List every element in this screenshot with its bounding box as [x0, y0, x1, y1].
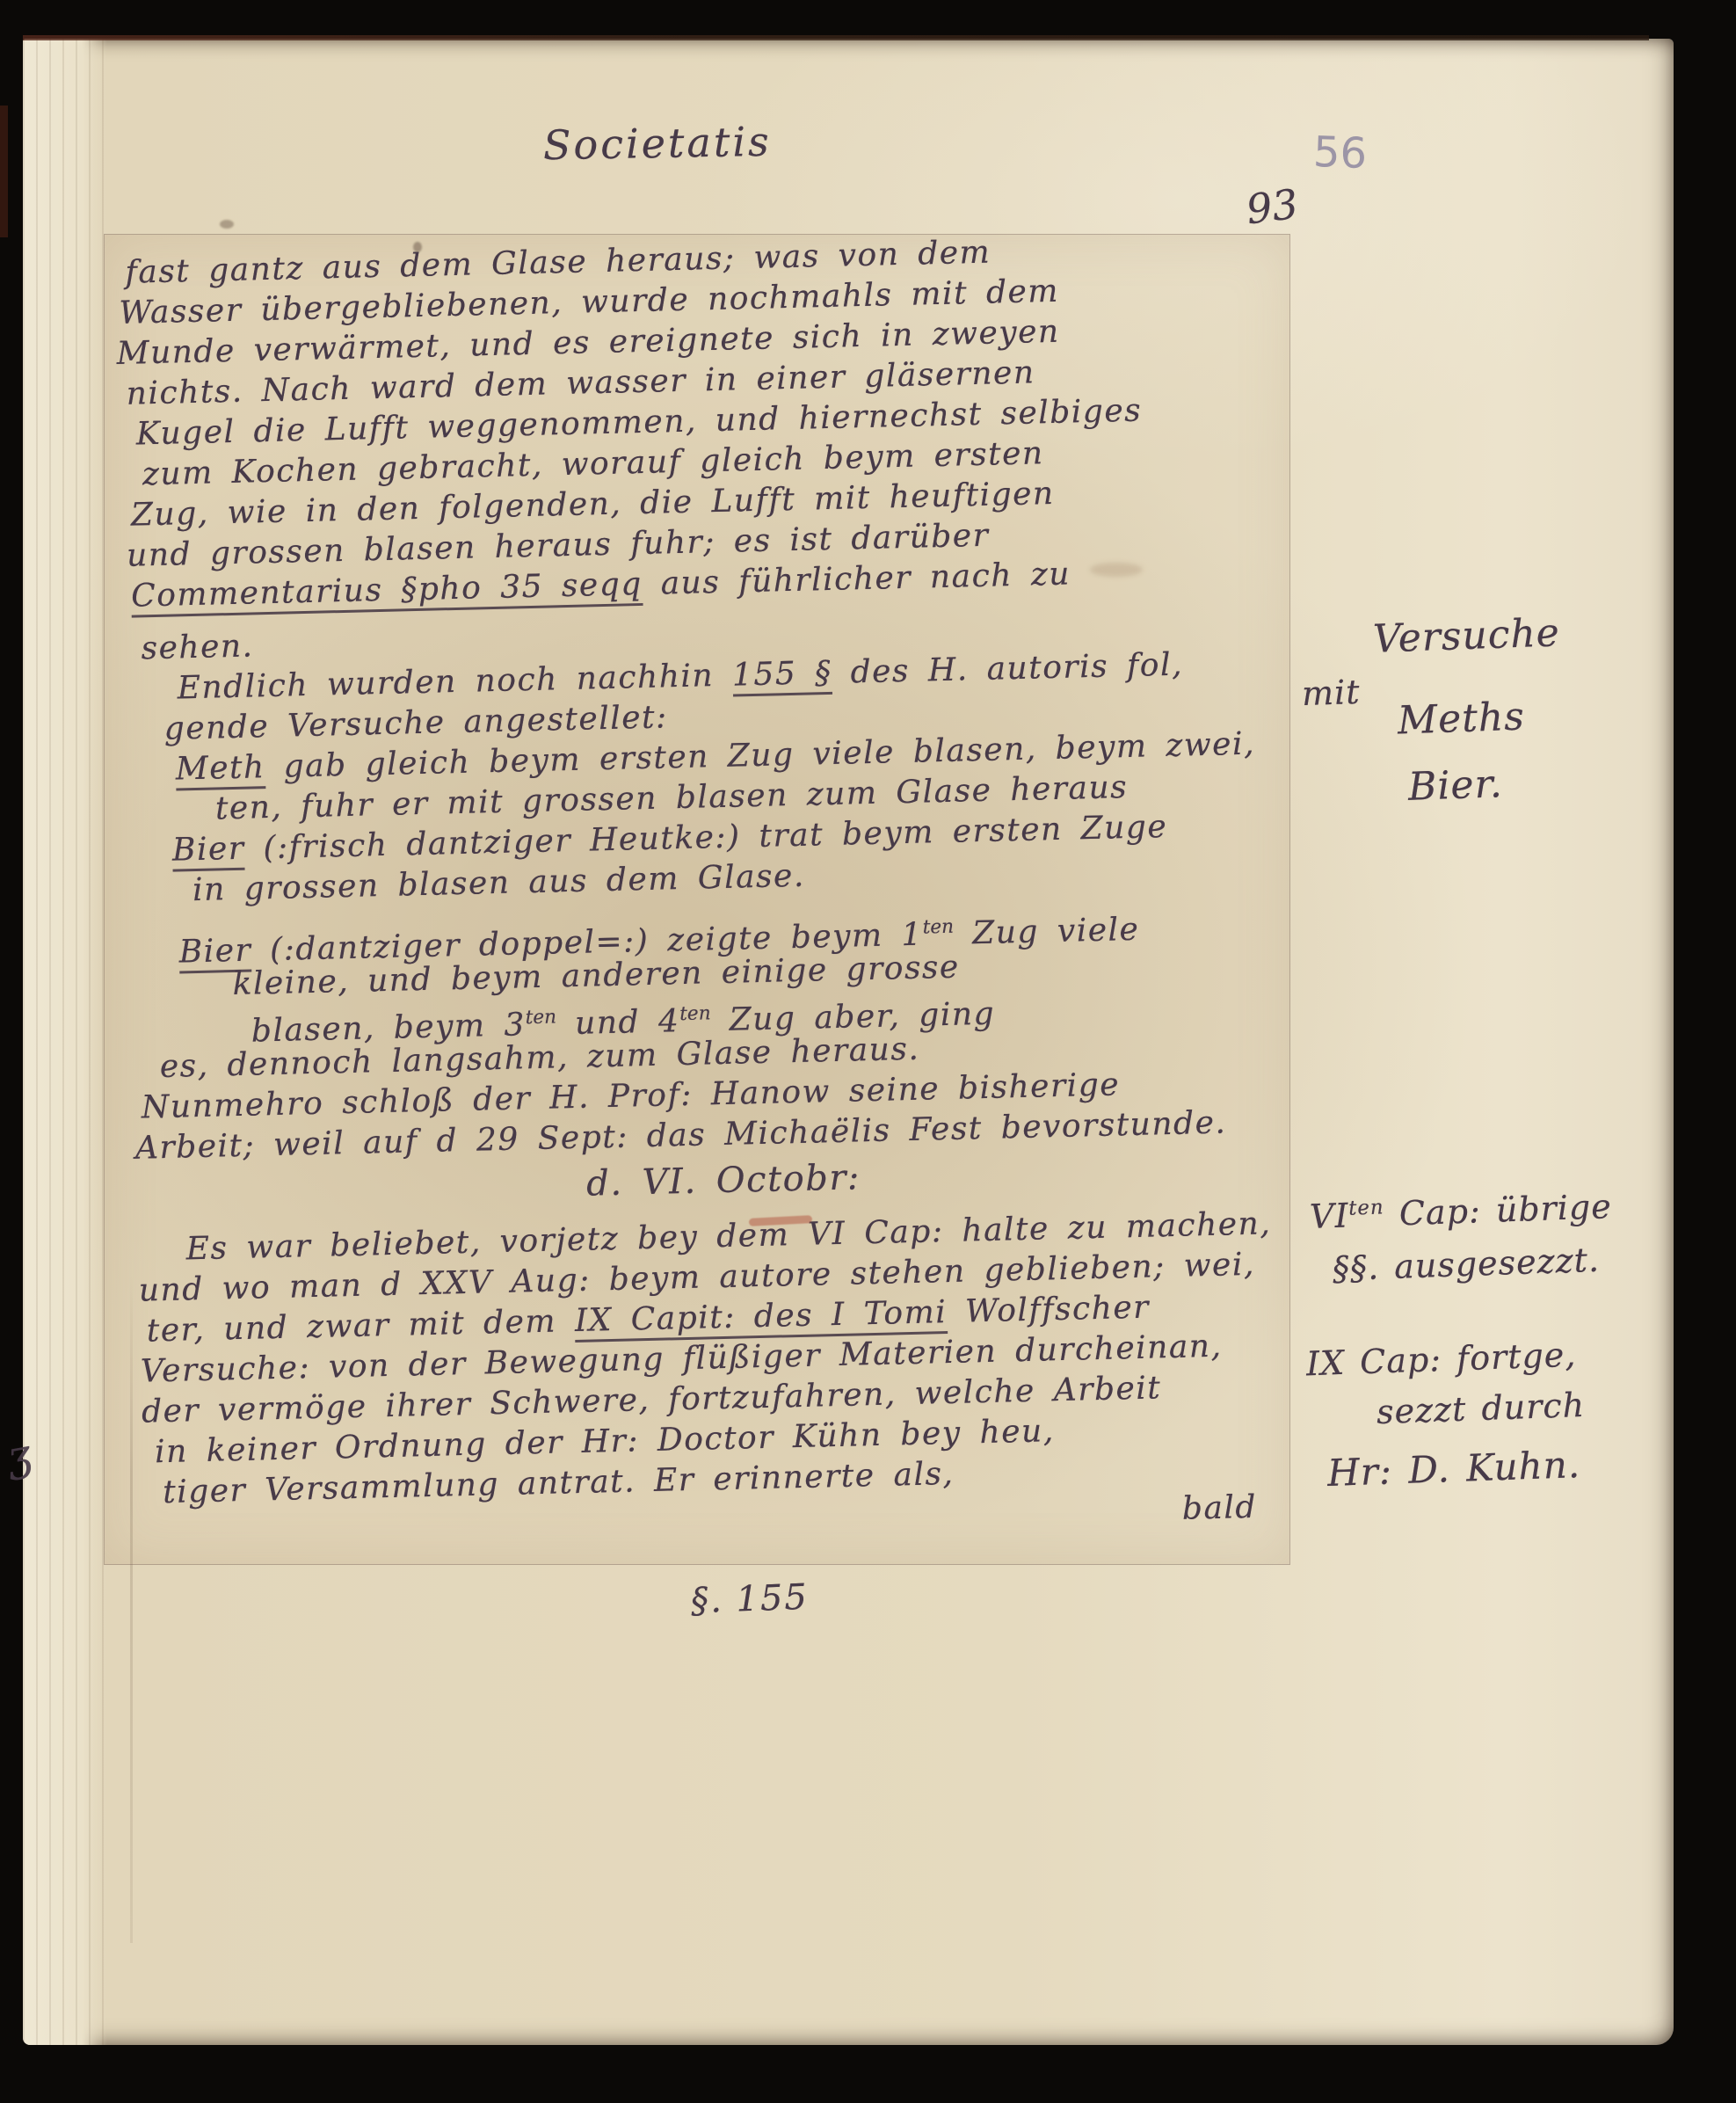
text-segment: ten [525, 1006, 556, 1029]
manuscript-lines: fast gantz aus dem Glase heraus; was von… [114, 226, 1318, 1554]
text-segment: ten [922, 916, 954, 939]
margin-note: Bier. [1407, 761, 1503, 810]
text-segment: bald [1181, 1489, 1257, 1527]
page-title: Societatis [543, 118, 773, 170]
text-segment: Meths [1397, 694, 1525, 743]
footer-section-number: §. 155 [690, 1577, 809, 1622]
text-segment: sehen. [141, 628, 254, 666]
text-segment: VI [1309, 1196, 1349, 1236]
text-segment: ten [1348, 1196, 1384, 1219]
text-segment: mit [1301, 673, 1361, 713]
manuscript-scan: Societatis 93 56 fast gantz aus dem Glas… [0, 0, 1736, 2103]
margin-note: sezzt durch [1376, 1386, 1586, 1431]
text-segment: Cap: übrige [1384, 1187, 1612, 1233]
margin-note: Meths [1397, 694, 1525, 743]
margin-note: Versuche [1372, 610, 1560, 661]
text-segment: Versuche [1372, 610, 1560, 661]
text-segment: Wolffscher [947, 1290, 1151, 1330]
text-segment: ter, und zwar mit dem [146, 1303, 575, 1349]
pencil-folio-number: 56 [1312, 127, 1368, 178]
text-segment: Hr: D. Kuhn. [1326, 1443, 1581, 1495]
text-segment: Bier. [1407, 761, 1503, 810]
underlined-text: Meth [175, 749, 265, 790]
underlined-text: 155 § [732, 655, 833, 697]
text-segment: ten [679, 1002, 711, 1025]
margin-note: mit [1301, 673, 1361, 713]
text-segment: d. VI. Octobr: [586, 1157, 861, 1204]
text-segment: des H. autoris fol, [832, 646, 1183, 690]
binding-shadow [0, 106, 8, 237]
margin-note: Hr: D. Kuhn. [1326, 1443, 1581, 1495]
text-segment: aus führlicher nach zu [642, 556, 1071, 601]
text-segment: Zug viele [954, 912, 1140, 952]
underlined-text: Bier [172, 831, 246, 872]
page-top-edge [23, 35, 1649, 40]
text-segment: sezzt durch [1376, 1386, 1586, 1431]
page-edge-strip [23, 39, 107, 2045]
underlined-text: Commentarius §pho 35 seqq [131, 566, 643, 618]
